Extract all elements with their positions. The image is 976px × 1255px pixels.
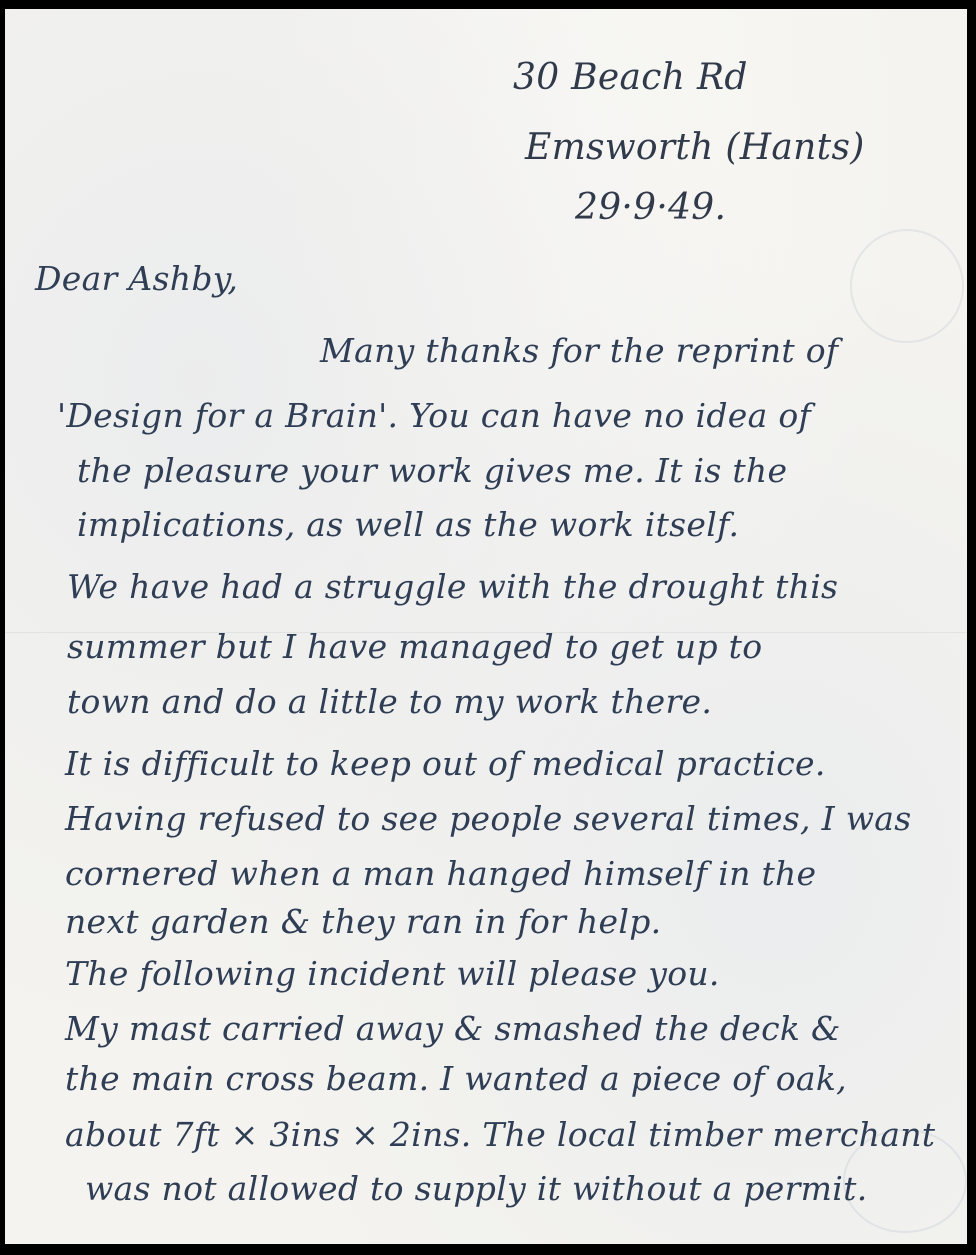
body-line: My mast carried away & smashed the deck … [65, 1009, 841, 1048]
letter-paper: 30 Beach Rd Emsworth (Hants) 29·9·49. De… [5, 9, 967, 1244]
body-line: the main cross beam. I wanted a piece of… [65, 1059, 847, 1098]
body-line: Many thanks for the reprint of [320, 331, 838, 370]
body-line: Having refused to see people several tim… [65, 799, 911, 838]
body-line: We have had a struggle with the drought … [67, 567, 838, 606]
address-line-town: Emsworth (Hants) [525, 127, 865, 168]
body-line: was not allowed to supply it without a p… [85, 1169, 867, 1208]
body-line: next garden & they ran in for help. [65, 902, 661, 941]
body-line: It is difficult to keep out of medical p… [65, 744, 826, 783]
body-line: The following incident will please you. [65, 954, 720, 993]
faint-stamp-mark-top [850, 229, 964, 343]
body-line: implications, as well as the work itself… [77, 505, 739, 544]
body-line: about 7ft × 3ins × 2ins. The local timbe… [65, 1115, 935, 1154]
body-line: the pleasure your work gives me. It is t… [77, 451, 787, 490]
letter-date: 29·9·49. [575, 187, 726, 228]
body-line: cornered when a man hanged himself in th… [65, 854, 816, 893]
address-line-street: 30 Beach Rd [513, 57, 748, 98]
scan-border: 30 Beach Rd Emsworth (Hants) 29·9·49. De… [0, 0, 976, 1255]
body-line: summer but I have managed to get up to [67, 627, 762, 666]
body-line: town and do a little to my work there. [67, 682, 712, 721]
body-line: 'Design for a Brain'. You can have no id… [57, 396, 811, 435]
salutation: Dear Ashby, [35, 259, 238, 298]
